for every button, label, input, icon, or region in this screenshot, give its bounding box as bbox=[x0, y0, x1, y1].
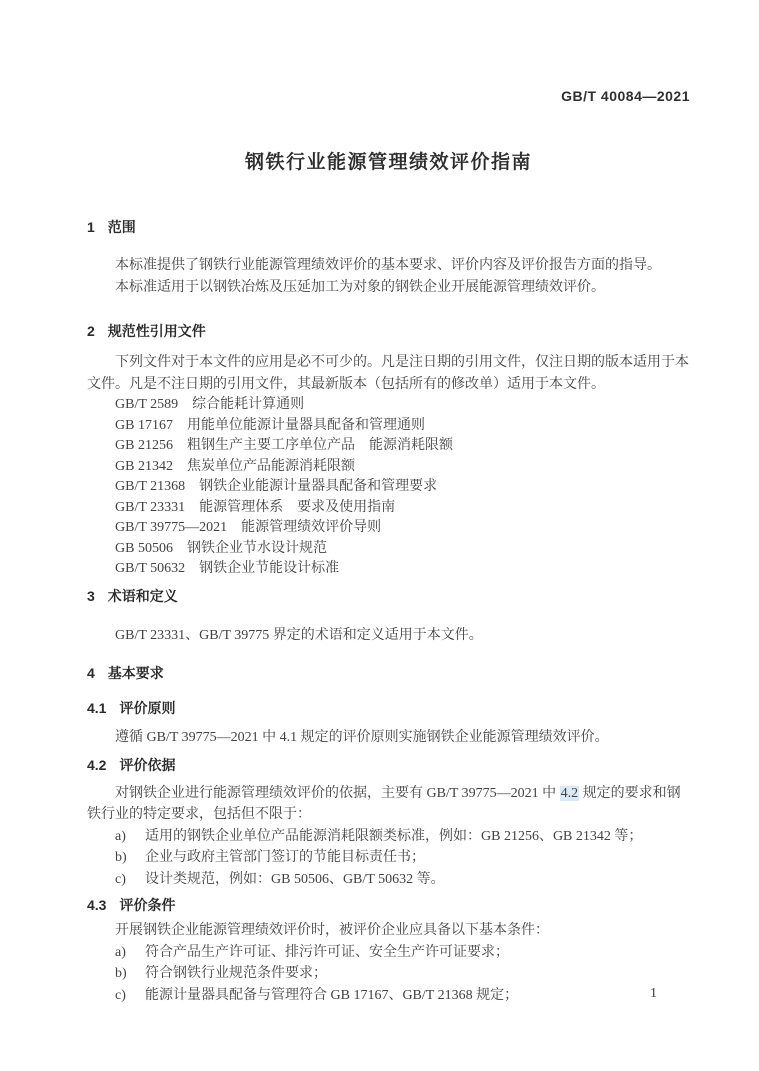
reference-name: 能源管理体系 要求及使用指南 bbox=[199, 500, 395, 515]
section-heading-terms: 3术语和定义 bbox=[87, 586, 690, 606]
list-item: c)设计类规范，例如：GB 50506、GB/T 50632 等。 bbox=[115, 869, 690, 891]
list-text: 符合产品生产许可证、排污许可证、安全生产许可证要求； bbox=[145, 945, 509, 960]
reference-item: GB 21342焦炭单位产品能源消耗限额 bbox=[115, 457, 690, 478]
reference-name: 焦炭单位产品能源消耗限额 bbox=[187, 459, 355, 474]
reference-name: 钢铁企业节能设计标准 bbox=[199, 561, 339, 576]
list-text: 符合钢铁行业规范条件要求； bbox=[145, 966, 327, 981]
list-text: 企业与政府主管部门签订的节能目标责任书； bbox=[145, 850, 425, 865]
subsection-number: 4.2 bbox=[87, 755, 106, 775]
section-number: 1 bbox=[87, 217, 95, 237]
subsection-title: 评价依据 bbox=[119, 757, 175, 773]
list-text: 能源计量器具配备与管理符合 GB 17167、GB/T 21368 规定； bbox=[145, 988, 518, 1003]
section-number: 4 bbox=[87, 663, 95, 683]
list-item: a)适用的钢铁企业单位产品能源消耗限额类标准，例如：GB 21256、GB 21… bbox=[115, 826, 690, 848]
reference-name: 粗钢生产主要工序单位产品 能源消耗限额 bbox=[187, 438, 453, 453]
reference-item: GB/T 50632钢铁企业节能设计标准 bbox=[115, 559, 690, 580]
reference-code: GB/T 23331 bbox=[115, 498, 185, 519]
reference-item: GB/T 21368钢铁企业能源计量器具配备和管理要求 bbox=[115, 477, 690, 498]
section-heading-normative-references: 2规范性引用文件 bbox=[87, 321, 690, 341]
subsection-title: 评价条件 bbox=[119, 897, 175, 913]
reference-item: GB 21256粗钢生产主要工序单位产品 能源消耗限额 bbox=[115, 436, 690, 457]
list-marker: b) bbox=[115, 847, 145, 869]
reference-item: GB/T 23331能源管理体系 要求及使用指南 bbox=[115, 498, 690, 519]
subsection-title: 评价原则 bbox=[119, 700, 175, 716]
list-text: 适用的钢铁企业单位产品能源消耗限额类标准，例如：GB 21256、GB 2134… bbox=[145, 829, 642, 844]
section-title: 基本要求 bbox=[108, 665, 164, 681]
list-marker: c) bbox=[115, 869, 145, 891]
reference-item: GB/T 39775—2021能源管理绩效评价导则 bbox=[115, 518, 690, 539]
reference-code: GB/T 2589 bbox=[115, 395, 178, 416]
document-title: 钢铁行业能源管理绩效评价指南 bbox=[87, 150, 690, 176]
reference-code: GB 17167 bbox=[115, 416, 173, 437]
basis-intro-paragraph: 对钢铁企业进行能源管理绩效评价的依据，主要有 GB/T 39775—2021 中… bbox=[87, 783, 690, 826]
page-number: 1 bbox=[650, 985, 657, 1002]
list-text: 设计类规范，例如：GB 50506、GB/T 50632 等。 bbox=[145, 872, 445, 887]
reference-item: GB 50506钢铁企业节水设计规范 bbox=[115, 539, 690, 560]
reference-name: 钢铁企业能源计量器具配备和管理要求 bbox=[199, 479, 437, 494]
list-item: b)企业与政府主管部门签订的节能目标责任书； bbox=[115, 847, 690, 869]
reference-code: GB 21342 bbox=[115, 457, 173, 478]
normative-intro-paragraph: 下列文件对于本文件的应用是必不可少的。凡是注日期的引用文件，仅注日期的版本适用于… bbox=[87, 352, 690, 395]
conditions-intro-paragraph: 开展钢铁企业能源管理绩效评价时，被评价企业应具备以下基本条件： bbox=[87, 920, 690, 942]
basis-intro-pre: 对钢铁企业进行能源管理绩效评价的依据，主要有 GB/T 39775—2021 中 bbox=[115, 786, 560, 801]
subsection-heading-principles: 4.1评价原则 bbox=[87, 698, 690, 718]
section-number: 2 bbox=[87, 321, 95, 341]
list-item: c)能源计量器具配备与管理符合 GB 17167、GB/T 21368 规定； bbox=[115, 985, 690, 1007]
subsection-heading-basis: 4.2评价依据 bbox=[87, 755, 690, 775]
reference-code: GB 50506 bbox=[115, 539, 173, 560]
section-title: 规范性引用文件 bbox=[108, 323, 206, 339]
scope-paragraph: 本标准提供了钢铁行业能源管理绩效评价的基本要求、评价内容及评价报告方面的指导。 bbox=[87, 255, 690, 277]
reference-code: GB/T 39775—2021 bbox=[115, 518, 227, 539]
section-title: 范围 bbox=[108, 219, 136, 235]
reference-item: GB 17167用能单位能源计量器具配备和管理通则 bbox=[115, 416, 690, 437]
standard-code: GB/T 40084—2021 bbox=[87, 88, 690, 105]
highlighted-clause-reference: 4.2 bbox=[560, 786, 580, 801]
reference-code: GB 21256 bbox=[115, 436, 173, 457]
subsection-heading-conditions: 4.3评价条件 bbox=[87, 895, 690, 915]
section-title: 术语和定义 bbox=[108, 588, 178, 604]
list-marker: a) bbox=[115, 942, 145, 964]
list-item: a)符合产品生产许可证、排污许可证、安全生产许可证要求； bbox=[115, 942, 690, 964]
reference-name: 能源管理绩效评价导则 bbox=[241, 520, 381, 535]
reference-code: GB/T 50632 bbox=[115, 559, 185, 580]
section-heading-scope: 1范围 bbox=[87, 217, 690, 237]
reference-name: 综合能耗计算通则 bbox=[192, 397, 304, 412]
terms-paragraph: GB/T 23331、GB/T 39775 界定的术语和定义适用于本文件。 bbox=[87, 625, 690, 647]
reference-name: 用能单位能源计量器具配备和管理通则 bbox=[187, 418, 425, 433]
subsection-number: 4.1 bbox=[87, 698, 106, 718]
document-page: GB/T 40084—2021 钢铁行业能源管理绩效评价指南 1范围 本标准提供… bbox=[0, 0, 759, 1071]
section-number: 3 bbox=[87, 586, 95, 606]
subsection-number: 4.3 bbox=[87, 895, 106, 915]
reference-item: GB/T 2589综合能耗计算通则 bbox=[115, 395, 690, 416]
list-marker: a) bbox=[115, 826, 145, 848]
reference-code: GB/T 21368 bbox=[115, 477, 185, 498]
principles-paragraph: 遵循 GB/T 39775—2021 中 4.1 规定的评价原则实施钢铁企业能源… bbox=[87, 727, 690, 749]
section-heading-basic-requirements: 4基本要求 bbox=[87, 663, 690, 683]
list-item: b)符合钢铁行业规范条件要求； bbox=[115, 963, 690, 985]
list-marker: b) bbox=[115, 963, 145, 985]
scope-paragraph: 本标准适用于以钢铁冶炼及压延加工为对象的钢铁企业开展能源管理绩效评价。 bbox=[87, 277, 690, 299]
list-marker: c) bbox=[115, 985, 145, 1007]
reference-name: 钢铁企业节水设计规范 bbox=[187, 541, 327, 556]
